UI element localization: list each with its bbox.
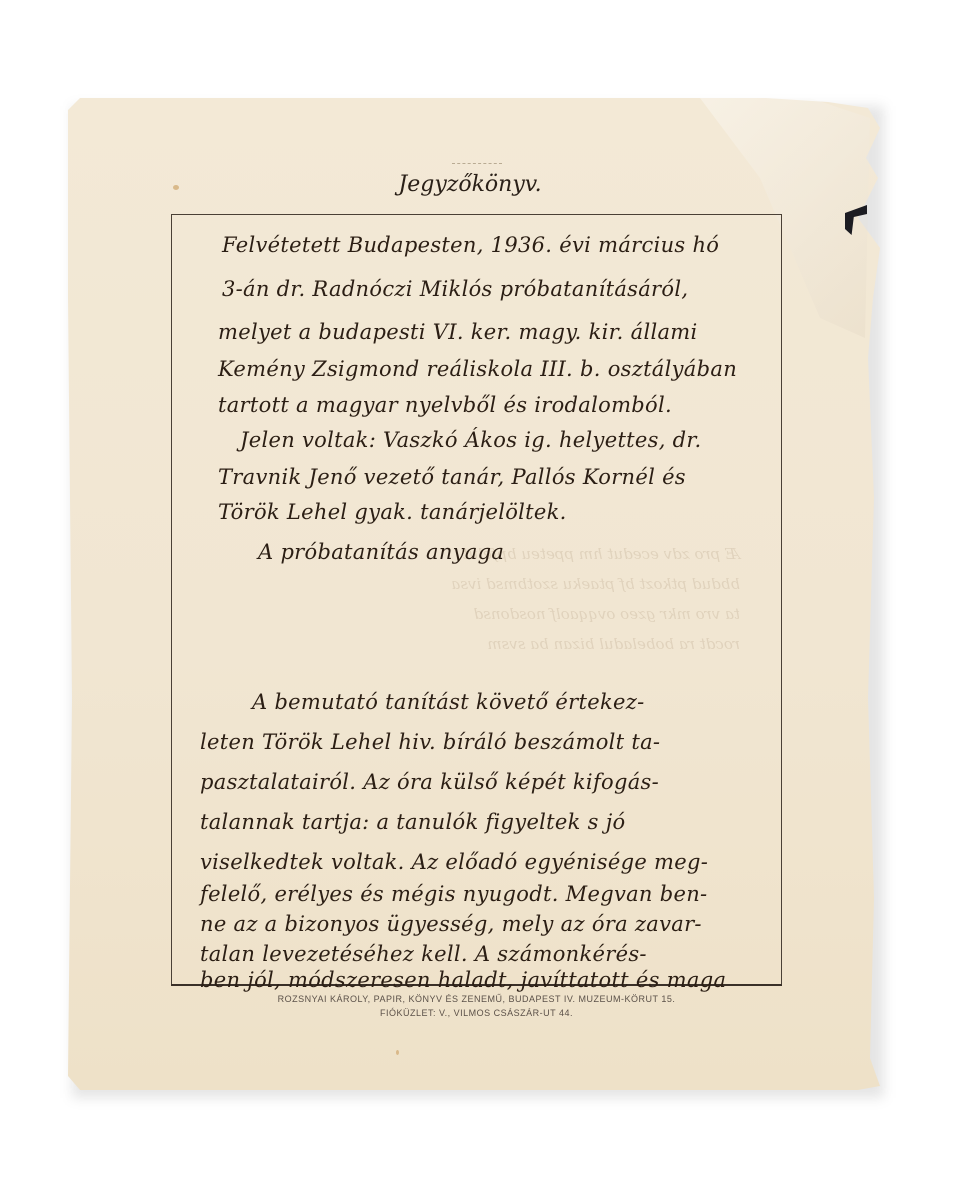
handwritten-line: talannak tartja: a tanulók figyeltek s j… xyxy=(200,810,760,834)
handwritten-line: Travnik Jenő vezető tanár, Pallós Kornél… xyxy=(218,465,778,489)
handwritten-line: Jelen voltak: Vaszkó Ákos ig. helyettes,… xyxy=(240,428,800,452)
stain xyxy=(173,185,179,190)
handwritten-line: felelő, erélyes és mégis nyugodt. Megvan… xyxy=(200,882,760,906)
section-heading: A próbatanítás anyaga xyxy=(258,540,818,564)
handwritten-line: ben jól, módszeresen haladt, javíttatott… xyxy=(200,968,760,992)
handwritten-line: Török Lehel gyak. tanárjelöltek. xyxy=(218,500,778,524)
handwritten-line: 3-án dr. Radnóczi Miklós próbatanításáró… xyxy=(222,277,782,301)
handwritten-line: Kemény Zsigmond reáliskola III. b. osztá… xyxy=(218,357,778,381)
handwritten-line: ne az a bizonyos ügyesség, mely az óra z… xyxy=(200,912,760,936)
handwritten-line: viselkedtek voltak. Az előadó egyénisége… xyxy=(200,850,760,874)
printer-imprint-line-1: ROZSNYAI KÁROLY, PAPIR, KÖNYV ÉS ZENEMŰ,… xyxy=(171,994,782,1004)
handwritten-line: A bemutató tanítást követő értekez- xyxy=(252,690,812,714)
handwritten-line: tartott a magyar nyelvből és irodalomból… xyxy=(218,393,778,417)
handwritten-line: pasztalatairól. Az óra külső képét kifog… xyxy=(200,770,760,794)
printer-imprint-line-2: FIÓKÜZLET: V., VILMOS CSÁSZÁR-UT 44. xyxy=(171,1008,782,1018)
handwritten-line: talan levezetéséhez kell. A számonkérés- xyxy=(200,942,760,966)
handwritten-line: melyet a budapesti VI. ker. magy. kir. á… xyxy=(218,320,778,344)
handwritten-line: leten Török Lehel hiv. bíráló beszámolt … xyxy=(200,730,760,754)
handwritten-line: Felvétetett Budapesten, 1936. évi márciu… xyxy=(222,233,782,257)
stain xyxy=(396,1050,399,1055)
document-title: Jegyzőkönyv. xyxy=(300,172,640,197)
top-dash-mark xyxy=(452,163,502,164)
